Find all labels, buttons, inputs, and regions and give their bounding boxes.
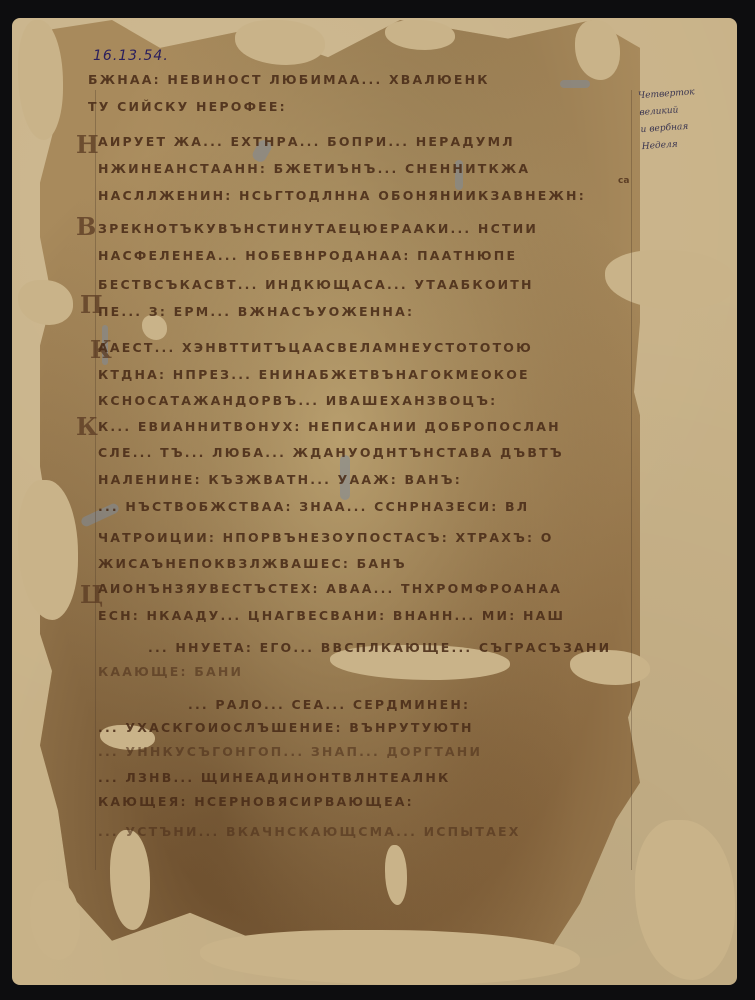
- text-line: аионънзяувестъстех: аваа... тнхромфроана…: [98, 581, 562, 601]
- text-line: ааест... хэнвттитъцаасвеламнеустототою: [98, 340, 533, 360]
- initial-letter: Н: [76, 130, 99, 159]
- text-line: бжнаа: невиност любимаа... хвалюенк: [88, 72, 490, 92]
- text-line: ксносатажандорвъ... ивашеханзвоцъ:: [98, 393, 497, 413]
- text-line: бествсъкасвт... индкющаса... утаабкоитн: [98, 277, 534, 297]
- text-line: жисаънепоквзлжвашес: банъ: [98, 556, 407, 576]
- text-line: ... ухаскгоиослъшение: вънрутуютн: [98, 720, 474, 740]
- text-line: насфеленеа... нобевнроданаа: паатнюпе: [98, 248, 517, 268]
- repair-stain: [560, 80, 590, 88]
- text-line: ... лзнв... щинеадинонтвлнтеалнк: [98, 770, 450, 790]
- text-line: ... рало... сеа... сердминен:: [188, 697, 470, 717]
- text-line: нжинеанстаанн: бжетиънъ... сненниткжа: [98, 161, 530, 181]
- text-line: к... евианнитвонух: неписании добропосла…: [98, 419, 561, 439]
- text-line: ... устъни... вкачнскающсма... испытаех: [98, 824, 521, 844]
- initial-letter: К: [76, 412, 98, 441]
- text-line: зрекнотъкувънстинутаецюерааки... нстии: [98, 221, 538, 241]
- text-line: ту сийску нерофее:: [88, 99, 287, 119]
- initial-letter: В: [76, 212, 96, 241]
- text-line: аирует жа... ехтнра... бопри... нерадумл: [98, 134, 515, 154]
- text-line: каающе: бани: [98, 664, 243, 684]
- text-line: ... ннуета: его... ввсплкающе... съграсъ…: [148, 640, 611, 660]
- marginal-note: Четверток великий и вербная Неделя: [638, 82, 733, 156]
- text-line: наленине: къзжватн... уааж: ванъ:: [98, 472, 462, 492]
- text-line: чатроиции: нпорвънезоупостасъ: хтрахъ: о: [98, 530, 554, 550]
- superscript-correction: са: [618, 176, 629, 186]
- text-line: пе... з: ерм... вжнасъуоженна:: [98, 304, 414, 324]
- text-line: ктдна: нпрез... енинабжетвънагокмеокое: [98, 367, 530, 387]
- text-line: есн: нкааду... цнагвесвани: внанн... ми:…: [98, 608, 565, 628]
- text-line: сле... тъ... люба... ждануоднтънстава дъ…: [98, 445, 564, 465]
- shelfmark: 16.13.54.: [93, 48, 169, 64]
- text-line: ... уннкусъгонгоп... знап... доргтани: [98, 744, 482, 764]
- text-line: кающея: нсерновясирвающеа:: [98, 794, 414, 814]
- text-line: ... нъствобжстваа: знаа... сснрназеси: в…: [98, 499, 529, 519]
- text-line: насллженин: нсьгтодлнна обоняниикзавнежн…: [98, 188, 586, 208]
